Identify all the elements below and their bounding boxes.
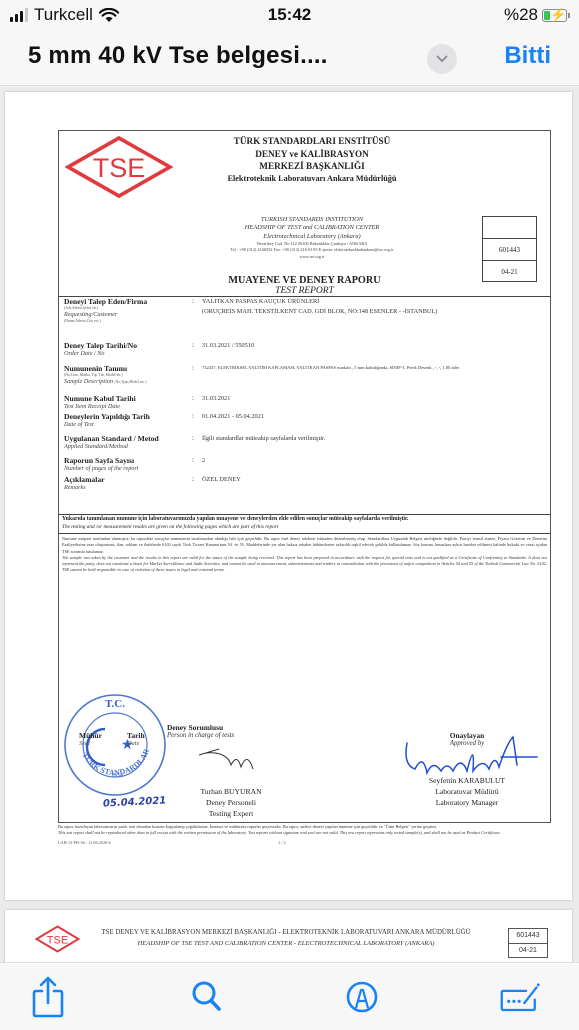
test-report-form: TSE TÜRK STANDARDLARI ENSTİTÜSÜ DENEY ve… [58, 130, 551, 823]
bolt-icon: ⚡ [550, 7, 566, 23]
svg-text:T.C.: T.C. [105, 698, 125, 710]
report-subtitle: TEST REPORT [59, 286, 550, 296]
document-title[interactable]: 5 mm 40 kV Tse belgesi.... [28, 42, 328, 70]
field-page-count: Raporun Sayfa Sayısı Number of pages of … [64, 456, 548, 475]
page-footer: Bu rapor, hazırlayan laboratuvarın yazıl… [58, 824, 551, 847]
svg-text:TSE: TSE [47, 935, 68, 947]
report-fields: Deneyi Talep Eden/Firma (Adı,Adresi,Şehi… [64, 297, 548, 493]
tse-logo-icon: TSE [35, 925, 80, 953]
tse-logo-icon: TSE [65, 135, 173, 199]
chevron-down-icon [436, 55, 448, 63]
field-sample-description: Numunenin Tanımı (No,Cins, Marka, Tip, T… [64, 364, 548, 394]
seal-label: Mühür Seal [79, 731, 102, 747]
share-button[interactable] [28, 977, 68, 1017]
official-seal-icon: TÜRK STANDARDLARI ENSTİTÜSÜ T.C. ★ 1954 [61, 691, 169, 799]
markup-button[interactable] [342, 977, 382, 1017]
svg-text:1954: 1954 [111, 773, 123, 779]
signatory-approver: Onaylayan Approved by Seyfettin KARABULU… [397, 731, 537, 808]
status-bar: Turkcell 15:42 %28 ⚡ [0, 0, 579, 30]
page2-header: TSE DENEY VE KALİBRASYON MERKEZİ BAŞKANL… [77, 927, 495, 949]
field-applied-standard: Uygulanan Standard / Metod Applied Stand… [64, 434, 548, 456]
status-right: %28 ⚡ [504, 5, 567, 25]
markup-pen-icon [346, 981, 378, 1013]
signatory-tester: Deney Sorumlusu Person in charge of test… [167, 723, 287, 739]
title-menu-button[interactable] [427, 44, 457, 74]
search-icon [191, 980, 223, 1014]
share-icon [32, 976, 64, 1018]
signature-button[interactable] [500, 977, 540, 1017]
handwritten-date: 05.04.2021 [103, 795, 167, 809]
field-customer: Deneyi Talep Eden/Firma (Adı,Adresi,Şehi… [64, 297, 548, 341]
institution-header-en: TURKISH STANDARDS INSTITUTION HEADSHIP O… [187, 216, 437, 260]
field-order-date: Deney Talep Tarihi/No Order Date / No : … [64, 341, 548, 364]
pdf-page-2: TSE TSE DENEY VE KALİBRASYON MERKEZİ BAŞ… [5, 910, 572, 962]
results-summary: Yukarıda tanımlanan numune için laboratu… [59, 514, 550, 532]
field-test-date: Deneylerin Yapıldığı Tarih Date of Test … [64, 412, 548, 434]
navigation-bar: 5 mm 40 kV Tse belgesi.... Bitti [0, 30, 579, 86]
clock: 15:42 [0, 5, 579, 25]
search-button[interactable] [187, 977, 227, 1017]
report-title: MUAYENE VE DENEY RAPORU [59, 275, 550, 286]
battery-percent: %28 [504, 5, 538, 25]
svg-text:TSE: TSE [93, 153, 146, 183]
pdf-page-1: TSE TÜRK STANDARDLARI ENSTİTÜSÜ DENEY ve… [5, 92, 572, 900]
bottom-toolbar [0, 962, 579, 1030]
date-label: Tarih Date [127, 731, 145, 747]
battery-charging-icon: ⚡ [542, 9, 567, 22]
document-viewer[interactable]: TSE TÜRK STANDARDLARI ENSTİTÜSÜ DENEY ve… [0, 87, 579, 962]
field-receipt-date: Numune Kabul Tarihi Test Item Receipt Da… [64, 394, 548, 412]
page-number: 1 / 2 [278, 839, 286, 847]
report-id-box: 601443 04-21 [482, 216, 537, 282]
institution-header-tr: TÜRK STANDARDLARI ENSTİTÜSÜ DENEY ve KAL… [167, 135, 457, 185]
field-remarks: Açıklamalar Remarks : ÖZEL DENEY [64, 475, 548, 493]
page2-id-box: 601443 04-21 [508, 928, 548, 958]
done-button[interactable]: Bitti [504, 42, 551, 70]
disclaimer: Numune müşteri tarafından alınmıştır, bu… [59, 533, 550, 576]
report-number: 601443 [483, 239, 536, 261]
signature-scribble-icon [197, 745, 267, 775]
form-code: LAB-13-FR-36 / 11.06.2020-6 [58, 839, 278, 847]
signature-icon [500, 980, 540, 1014]
